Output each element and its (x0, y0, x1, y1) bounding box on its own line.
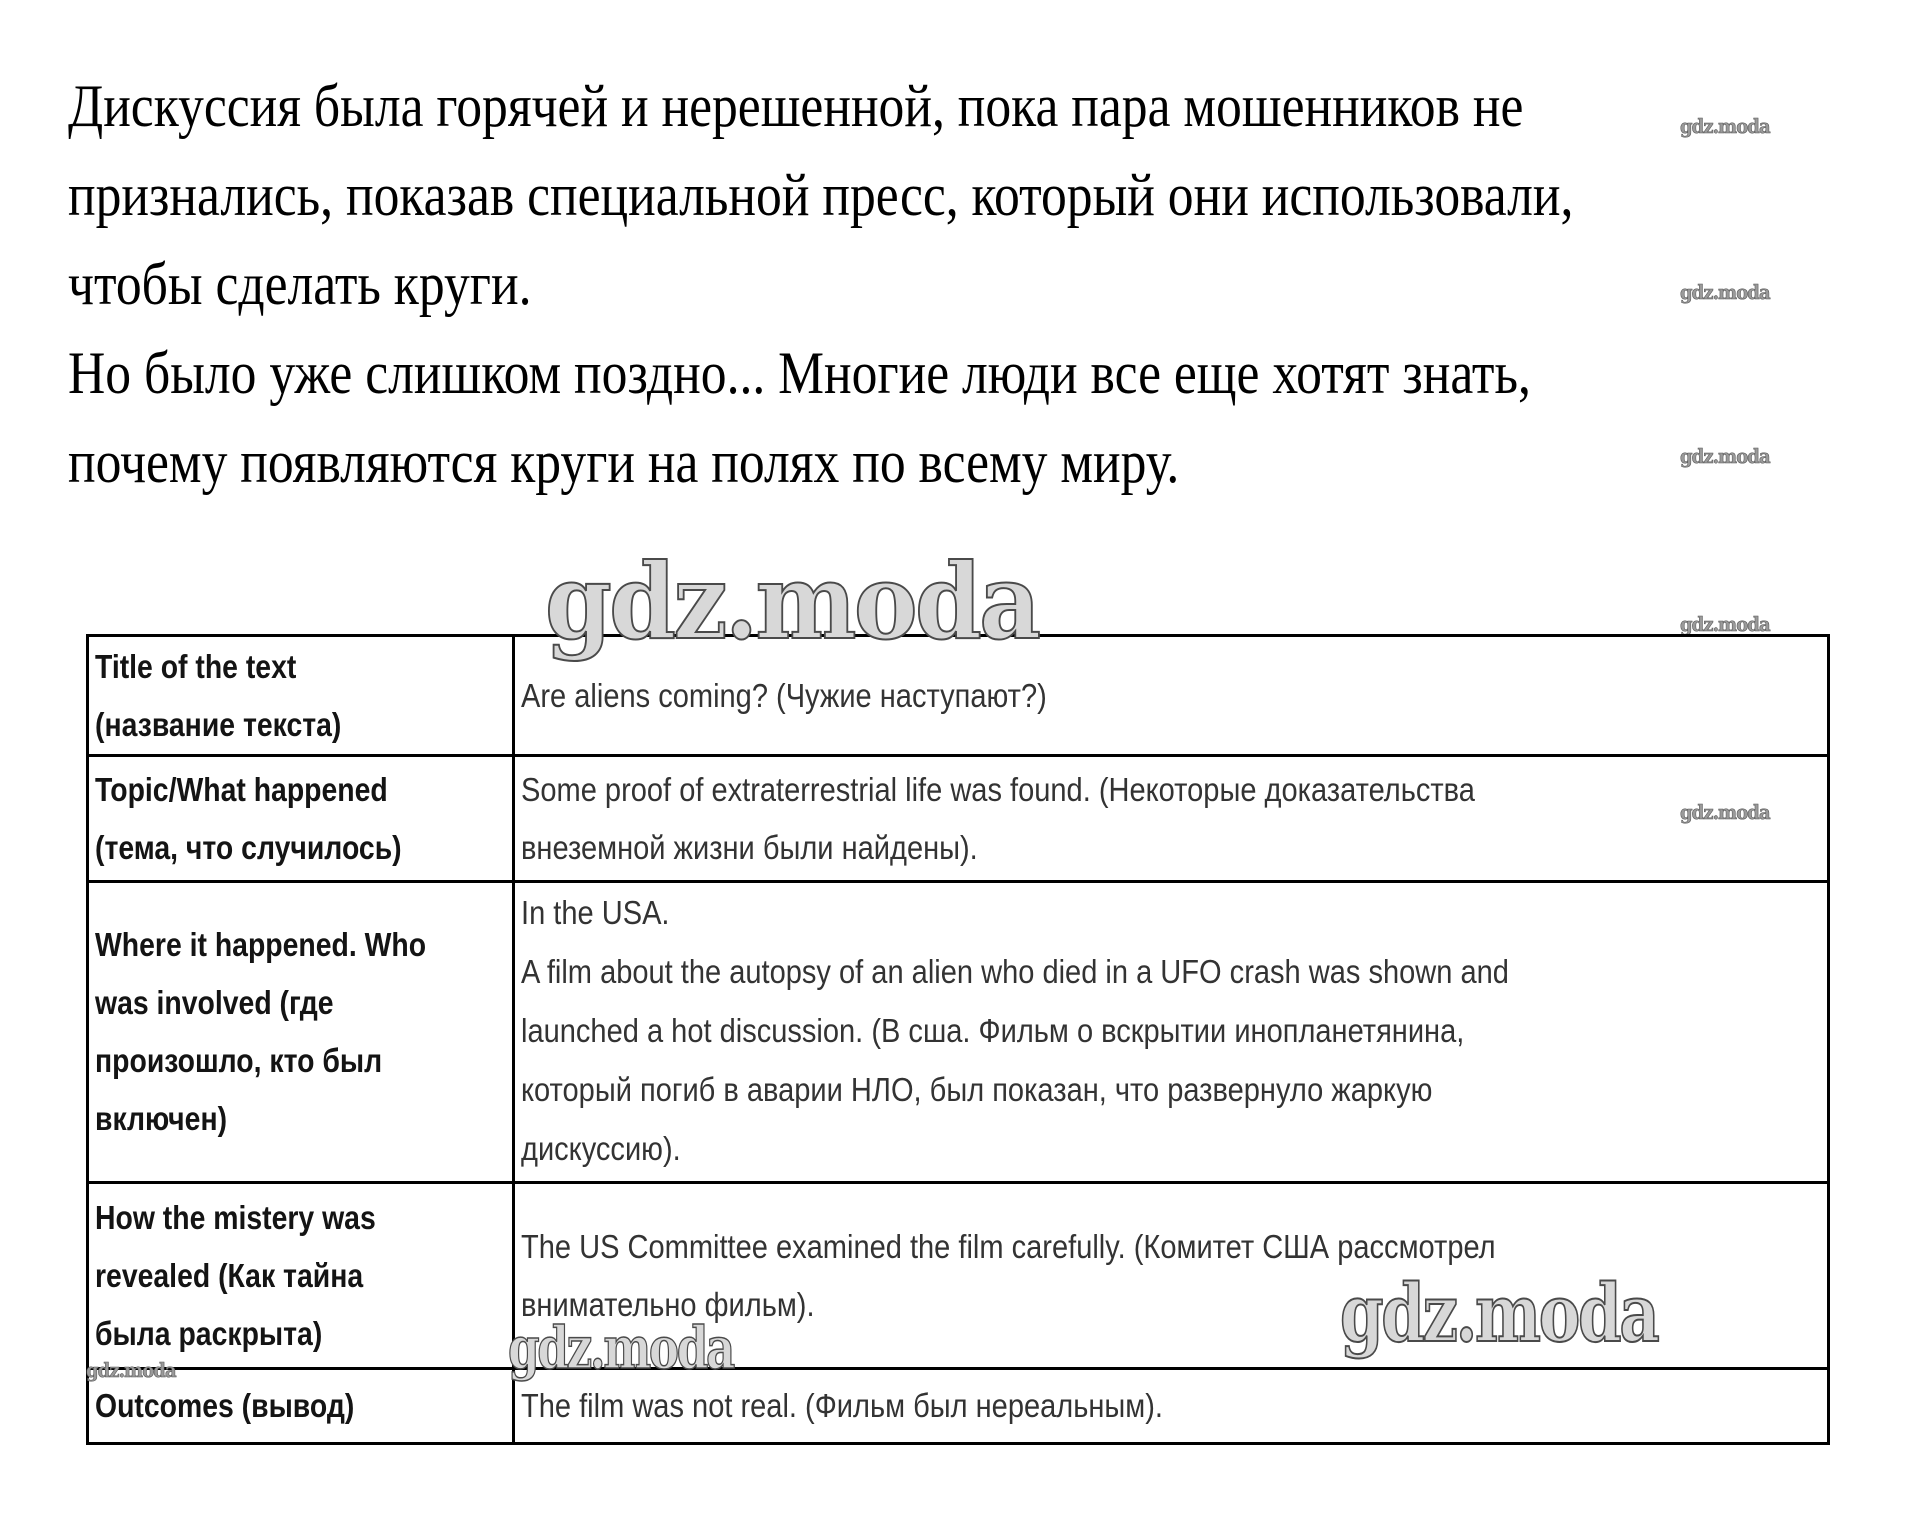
watermark-small: gdz.moda (86, 1358, 176, 1382)
label-line: Where it happened. Who (95, 916, 448, 974)
paragraph-line: почему появляются круги на полях по всем… (68, 418, 1616, 507)
table-row: Where it happened. Who was involved (где… (86, 880, 1830, 1181)
table-row: Outcomes (вывод) The film was not real. … (86, 1367, 1830, 1445)
paragraph-line: признались, показав специальной пресс, к… (68, 151, 1616, 240)
paragraph-line: Дискуссия была горячей и нерешенной, пок… (68, 62, 1616, 151)
label-line: (тема, что случилось) (95, 819, 448, 877)
value-line: In the USA. (521, 883, 1665, 942)
watermark-large: gdz.moda (545, 540, 1038, 663)
row-value: Some proof of extraterrestrial life was … (515, 757, 1827, 880)
label-line: Outcomes (вывод) (95, 1377, 448, 1435)
row-label: Where it happened. Who was involved (где… (89, 883, 515, 1181)
value-line: A film about the autopsy of an alien who… (521, 942, 1665, 1001)
watermark-small: gdz.moda (1680, 444, 1770, 468)
label-line: включен) (95, 1090, 448, 1148)
watermark-small: gdz.moda (1680, 612, 1770, 636)
value-line: Some proof of extraterrestrial life was … (521, 761, 1665, 819)
label-line: How the mistery was (95, 1189, 448, 1247)
label-line: was involved (где (95, 974, 448, 1032)
label-line: revealed (Как тайна (95, 1247, 448, 1305)
label-line: произошло, кто был (95, 1032, 448, 1090)
label-line: Title of the text (95, 638, 448, 696)
watermark-small: gdz.moda (1680, 800, 1770, 824)
watermark-small: gdz.moda (1680, 114, 1770, 138)
row-value: In the USA. A film about the autopsy of … (515, 883, 1827, 1181)
story-paragraph: Дискуссия была горячей и нерешенной, пок… (68, 62, 1868, 507)
label-line: (название текста) (95, 696, 448, 754)
value-line: launched a hot discussion. (В сша. Фильм… (521, 1001, 1665, 1060)
label-line: Topic/What happened (95, 761, 448, 819)
table-row: Topic/What happened (тема, что случилось… (86, 754, 1830, 880)
label-line: была раскрыта) (95, 1305, 448, 1363)
row-label: Title of the text (название текста) (89, 637, 515, 754)
watermark-small: gdz.moda (1680, 280, 1770, 304)
value-line: Are aliens coming? (Чужие наступают?) (521, 667, 1665, 725)
row-label: How the mistery was revealed (Как тайна … (89, 1184, 515, 1367)
row-label: Topic/What happened (тема, что случилось… (89, 757, 515, 880)
watermark-large: gdz.moda (508, 1314, 733, 1382)
watermark-large: gdz.moda (1340, 1266, 1657, 1360)
value-line: внеземной жизни были найдены). (521, 819, 1665, 877)
value-line: The film was not real. (Фильм был нереал… (521, 1377, 1665, 1435)
value-line: который погиб в аварии НЛО, был показан,… (521, 1060, 1665, 1119)
paragraph-line: чтобы сделать круги. (68, 240, 1616, 329)
value-line: дискуссию). (521, 1119, 1665, 1178)
paragraph-line: Но было уже слишком поздно... Многие люд… (68, 329, 1616, 418)
